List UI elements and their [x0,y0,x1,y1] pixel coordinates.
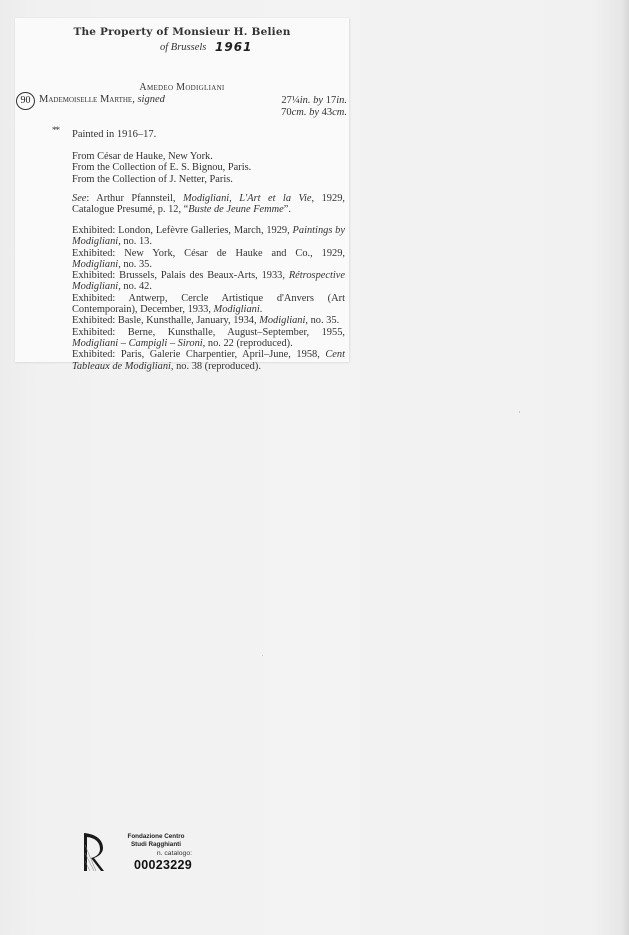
owner-heading: The Property of Monsieur H. Belien [15,26,349,38]
exhibition-suffix: , no. 13. [118,236,152,247]
dim-by: by [306,107,321,118]
exhibition-suffix: , no. 35. [118,259,152,270]
dimensions-metric: 70cm. by 43cm. [281,107,347,119]
dim-unit: cm. [292,107,307,118]
artist-name: Amedeo Modigliani [15,82,349,93]
dim-by: by [311,95,326,106]
literature-entry-title: Buste de Jeune Femme [188,204,284,215]
exhibition-suffix: , no. 22 (reproduced). [203,338,293,349]
see-label: See [72,193,86,204]
exhibition-item: Exhibited: Berne, Kunsthalle, August–Sep… [72,327,345,350]
dim-fraction: ¼ [292,95,300,106]
stamp-institution-line2: Studi Ragghianti [114,841,192,849]
dimensions: 27¼in. by 17in. 70cm. by 43cm. [281,95,347,119]
archive-stamp: Fondazione Centro Studi Ragghianti n. ca… [82,831,192,875]
exhibition-item: Exhibited: New York, César de Hauke and … [72,248,345,271]
exhibition-text: Exhibited: Paris, Galerie Charpentier, A… [72,349,325,360]
stamp-institution-line1: Fondazione Centro [114,833,192,841]
stamp-catalog-number: 00023229 [114,858,192,872]
dim-unit: in. [300,95,311,106]
catalogue-clipping: The Property of Monsieur H. Belien of Br… [15,18,349,362]
dim-unit: in. [336,95,347,106]
artwork-title-text: Mademoiselle Marthe [39,94,132,105]
literature-title: Modigliani, L'Art et la Vie [183,193,312,204]
signed-note: , signed [132,94,165,105]
dim-value: 43 [322,107,333,118]
exhibition-item: Exhibited: Antwerp, Cercle Artistique d'… [72,293,345,316]
ragghianti-r-logo-icon [82,831,104,873]
dim-unit: cm. [332,107,347,118]
asterisk-marker: ** [52,127,59,133]
artwork-title: Mademoiselle Marthe, signed [39,94,165,105]
exhibition-title: Modigliani [214,304,260,315]
exhibition-text: Exhibited: London, Lefèvre Galleries, Ma… [72,225,293,236]
provenance-list: From César de Hauke, New York. From the … [72,151,345,185]
paper-speck [262,655,263,656]
exhibition-text: Exhibited: Basle, Kunsthalle, January, 1… [72,315,259,326]
provenance-item: From the Collection of J. Netter, Paris. [72,174,345,185]
owner-location: of Brussels [160,42,206,53]
literature-author: : Arthur Pfannsteil, [86,193,183,204]
page-edge-shadow [621,0,629,935]
exhibition-text: Exhibited: Antwerp, Cercle Artistique d'… [72,293,345,315]
dim-value: 27 [281,95,292,106]
exhibition-suffix: , no. 42. [118,281,152,292]
exhibition-text: Exhibited: New York, César de Hauke and … [72,248,345,259]
exhibition-item: Exhibited: Paris, Galerie Charpentier, A… [72,349,345,372]
exhibition-title: Modigliani – Campigli – Sironi [72,338,203,349]
dim-value: 70 [281,107,292,118]
exhibition-title: Modigliani [259,315,305,326]
exhibition-item: Exhibited: London, Lefèvre Galleries, Ma… [72,225,345,248]
handwritten-year-annotation: 1961 [215,40,252,54]
exhibition-item: Exhibited: Brussels, Palais des Beaux-Ar… [72,270,345,293]
paper-speck [519,411,520,413]
exhibition-title: Modigliani [72,259,118,270]
dim-value: 17 [326,95,337,106]
exhibition-suffix: . [260,304,263,315]
dimensions-imperial: 27¼in. by 17in. [281,95,347,107]
exhibition-item: Exhibited: Basle, Kunsthalle, January, 1… [72,315,345,326]
lot-number-circled: 90 [16,92,35,110]
exhibition-text: Exhibited: Berne, Kunsthalle, August–Sep… [72,327,345,338]
provenance-item: From the Collection of E. S. Bignou, Par… [72,162,345,173]
literature-end: ”. [284,204,291,215]
exhibition-text: Exhibited: Brussels, Palais des Beaux-Ar… [72,270,289,281]
exhibition-suffix: , no. 35. [305,315,339,326]
stamp-catalog-label: n. catalogo: [114,849,192,858]
literature-reference: See: Arthur Pfannsteil, Modigliani, L'Ar… [72,193,345,216]
stamp-text: Fondazione Centro Studi Ragghianti n. ca… [114,833,192,872]
exhibition-suffix: , no. 38 (reproduced). [171,361,261,372]
provenance-item: From César de Hauke, New York. [72,151,345,162]
exhibitions-list: Exhibited: London, Lefèvre Galleries, Ma… [72,225,345,372]
painted-date: Painted in 1916–17. [72,129,156,140]
